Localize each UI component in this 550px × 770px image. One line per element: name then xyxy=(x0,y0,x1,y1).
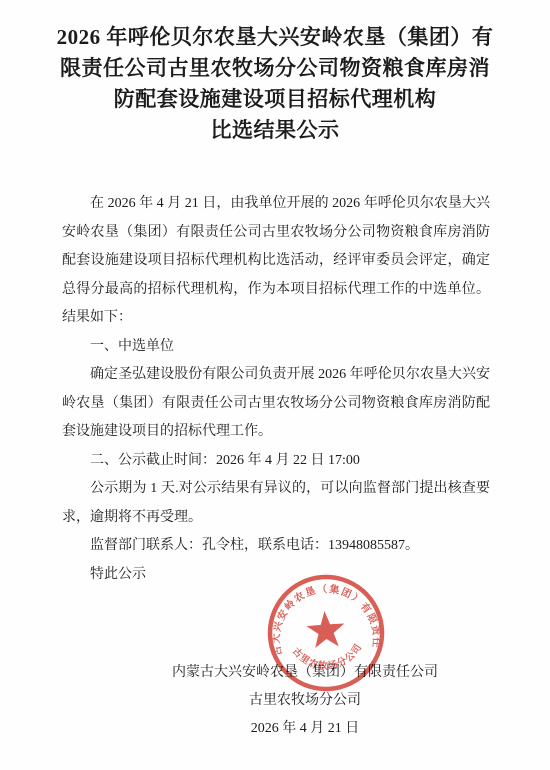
paragraph-selected-unit-detail: 确定圣弘建设股份有限公司负责开展 2026 年呼伦贝尔农垦大兴安岭农垦（集团）有… xyxy=(62,361,490,447)
document-body: 在 2026 年 4 月 21 日，由我单位开展的 2026 年呼伦贝尔农垦大兴… xyxy=(62,190,490,589)
title-line-3: 防配套设施建设项目招标代理机构 xyxy=(40,84,510,115)
document-page: 2026 年呼伦贝尔农垦大兴安岭农垦（集团）有 限责任公司古里农牧场分公司物资粮… xyxy=(0,0,550,770)
document-title: 2026 年呼伦贝尔农垦大兴安岭农垦（集团）有 限责任公司古里农牧场分公司物资粮… xyxy=(40,22,510,146)
paragraph-objection-notice: 公示期为 1 天.对公示结果有异议的，可以向监督部门提出核查要求，逾期将不再受理… xyxy=(62,475,490,532)
title-line-2: 限责任公司古里农牧场分公司物资粮食库房消 xyxy=(40,53,510,84)
paragraph-intro: 在 2026 年 4 月 21 日，由我单位开展的 2026 年呼伦贝尔农垦大兴… xyxy=(62,190,490,333)
signature-branch: 古里农牧场分公司 xyxy=(145,687,465,715)
section-heading-deadline: 二、公示截止时间：2026 年 4 月 22 日 17:00 xyxy=(62,447,490,476)
signature-block: 内蒙古大兴安岭农垦（集团）有限责任公司 古里农牧场分公司 2026 年 4 月 … xyxy=(145,659,465,743)
paragraph-closing: 特此公示 xyxy=(62,561,490,590)
signature-date: 2026 年 4 月 21 日 xyxy=(145,715,465,743)
section-heading-selected-unit: 一、中选单位 xyxy=(62,333,490,362)
title-line-1: 2026 年呼伦贝尔农垦大兴安岭农垦（集团）有 xyxy=(40,22,510,53)
title-line-4: 比选结果公示 xyxy=(40,115,510,146)
star-icon xyxy=(306,610,346,649)
paragraph-supervision-contact: 监督部门联系人：孔令柱，联系电话：13948085587。 xyxy=(62,532,490,561)
signature-company: 内蒙古大兴安岭农垦（集团）有限责任公司 xyxy=(145,659,465,687)
